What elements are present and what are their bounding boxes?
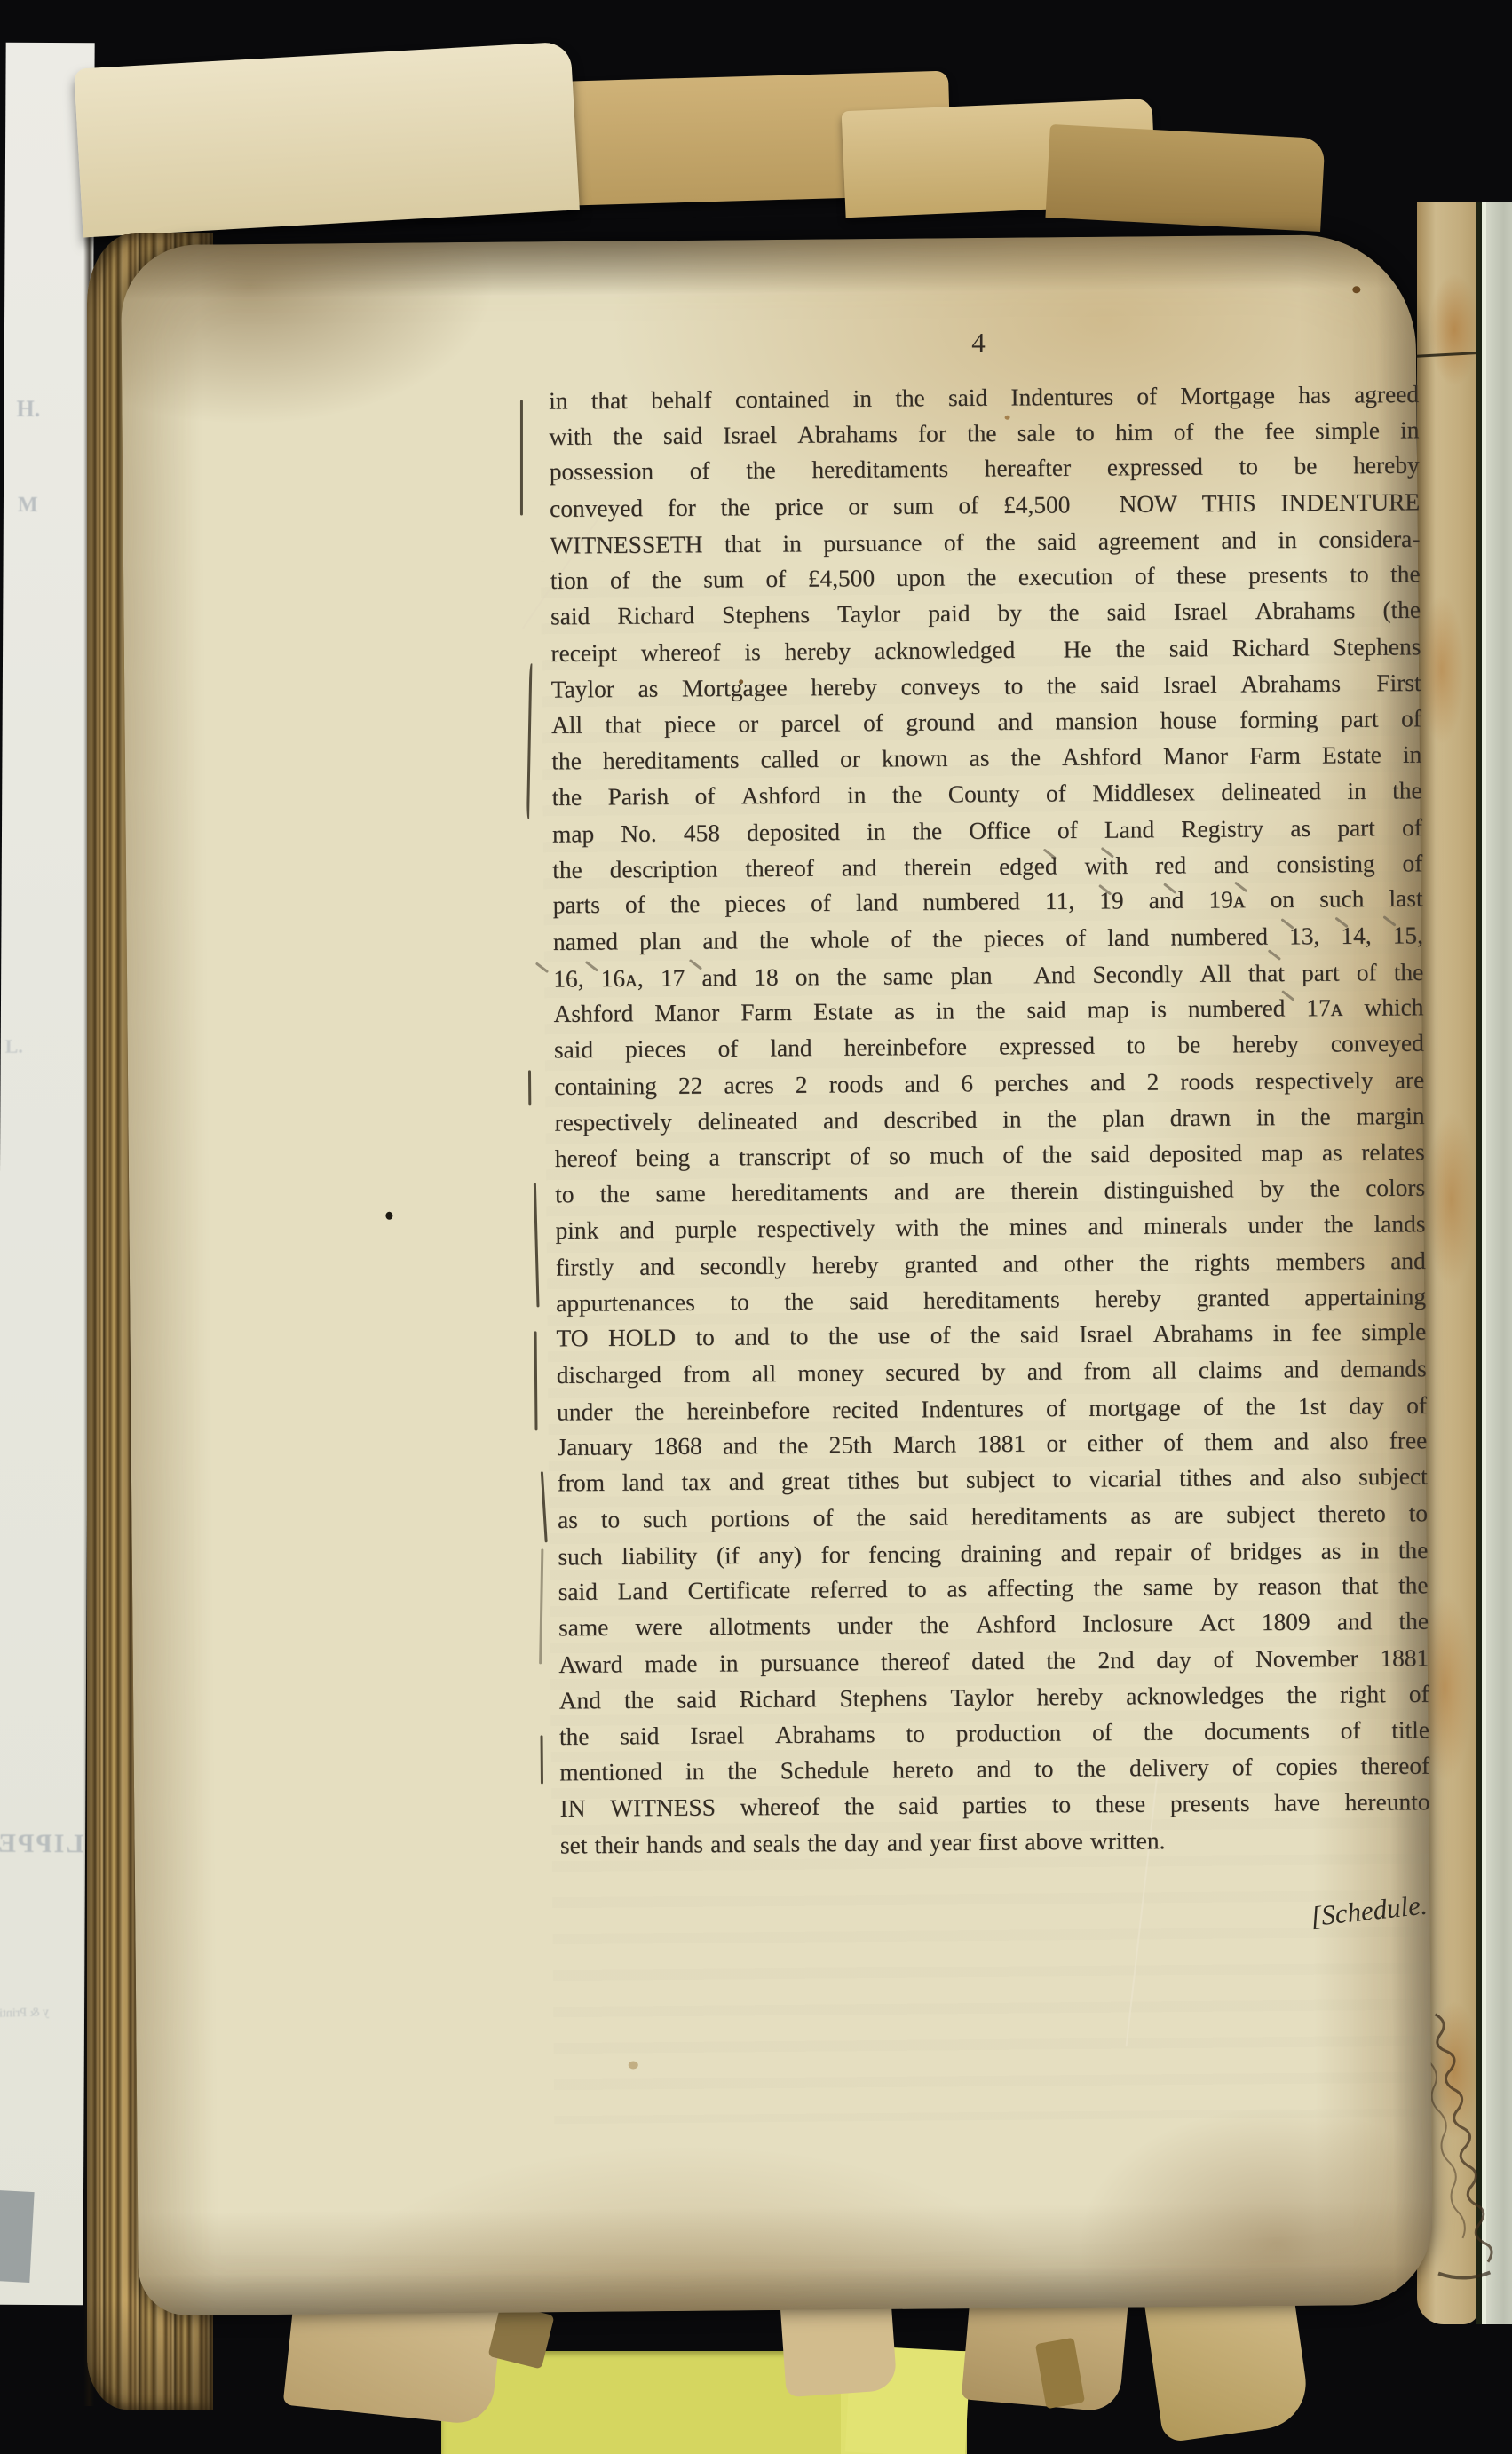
word: referred <box>811 1571 888 1608</box>
word: the <box>1398 1603 1429 1640</box>
word: said <box>849 1283 888 1319</box>
word: their <box>594 1827 639 1864</box>
word: Inclosure <box>1082 1605 1173 1642</box>
word: Richard <box>1232 629 1310 666</box>
word: tax <box>681 1464 711 1500</box>
word: January <box>557 1429 633 1466</box>
word: in <box>1272 1315 1292 1351</box>
word: edged <box>999 848 1057 884</box>
word: the <box>1093 1570 1123 1606</box>
word: execution <box>1018 558 1113 596</box>
word: or <box>1046 1426 1066 1462</box>
word: or <box>840 740 860 777</box>
word: thereto <box>1318 1495 1386 1532</box>
word: the <box>1047 1101 1077 1137</box>
word: known <box>882 740 948 777</box>
word: reason <box>1258 1568 1322 1604</box>
word: mentioned <box>559 1753 662 1791</box>
margin-ink-stroke <box>526 663 532 819</box>
word: the <box>1246 1389 1276 1425</box>
word: upon <box>896 560 945 597</box>
word: on <box>1271 882 1295 918</box>
text-line: tothesamehereditamentsandarethereindisti… <box>555 1169 1425 1212</box>
word: of <box>1092 1714 1112 1751</box>
word: 19 <box>1099 883 1124 920</box>
word: in <box>549 383 568 419</box>
word: is <box>1150 992 1167 1028</box>
word: day <box>1349 1388 1384 1424</box>
word: mortgage <box>1088 1389 1181 1426</box>
word: and <box>1390 1243 1426 1279</box>
word: Farm <box>740 994 792 1031</box>
word: pursuance <box>760 1644 859 1682</box>
text-line: settheirhandsandsealsthedayandyearfirsta… <box>560 1821 1430 1864</box>
word: of <box>1402 810 1422 846</box>
word: of <box>1203 1389 1223 1425</box>
word: called <box>760 741 819 778</box>
word: conveys <box>900 669 980 705</box>
word: hereditaments <box>732 1174 868 1211</box>
word: Award <box>558 1646 622 1682</box>
word: affecting <box>987 1571 1073 1607</box>
word: of <box>1135 558 1155 595</box>
word: secured <box>885 1355 960 1391</box>
word: the <box>959 1210 989 1247</box>
word: conveyed <box>1331 1025 1424 1063</box>
word: relates <box>1361 1134 1425 1170</box>
word: delivery <box>1129 1749 1209 1785</box>
word: Richard <box>617 598 694 634</box>
word: (the <box>1382 592 1421 629</box>
text-line: 16,16ᴀ,17and18onthesameplan AndSecondlyA… <box>553 954 1423 997</box>
word: delineated <box>698 1104 798 1141</box>
word: roods <box>828 1066 883 1103</box>
word: have <box>1274 1785 1320 1821</box>
word: agreed <box>1354 376 1419 413</box>
word: Ashford <box>741 778 821 814</box>
word: and <box>997 704 1033 740</box>
ghost-text: M <box>18 494 38 518</box>
word: of <box>1357 954 1377 991</box>
word: these <box>1096 1786 1146 1823</box>
word: dated <box>971 1643 1025 1679</box>
word: agreement <box>1098 523 1199 560</box>
text-line: Awardmadeinpursuancethereofdatedthe2ndda… <box>558 1640 1429 1682</box>
word: money <box>797 1355 864 1391</box>
word: land <box>856 885 898 922</box>
word: that <box>1248 955 1285 992</box>
word: such <box>558 1539 603 1575</box>
word: conveyed <box>550 490 643 527</box>
word: to <box>1075 415 1095 451</box>
word: 13, <box>1289 918 1320 954</box>
word: or <box>738 706 758 742</box>
text-line: dischargedfromallmoneysecuredbyandfromal… <box>557 1350 1427 1393</box>
word: whereof <box>740 1789 819 1825</box>
word: said <box>909 1499 948 1535</box>
word: the <box>652 562 682 598</box>
word: a <box>709 1140 719 1176</box>
word: HOLD <box>608 1320 676 1357</box>
word: thereof <box>1360 1747 1429 1784</box>
word: as <box>946 1571 967 1608</box>
word: Abrahams <box>1240 666 1353 703</box>
word: 18 <box>754 959 779 995</box>
word: to <box>1034 1751 1054 1787</box>
word: that <box>724 526 761 562</box>
word: other <box>1064 1246 1114 1282</box>
word: 2 <box>1146 1064 1159 1100</box>
word: either <box>1087 1425 1143 1461</box>
word: the <box>1076 1750 1106 1786</box>
word: repair <box>1114 1534 1171 1571</box>
word: is <box>744 634 761 670</box>
word: said <box>1106 594 1145 630</box>
word: INDENTURE <box>1280 484 1420 521</box>
word: Schedule <box>780 1752 870 1788</box>
word: THIS <box>1202 486 1256 522</box>
word: or <box>848 488 868 525</box>
word: of <box>1409 1676 1429 1713</box>
text-line: WITNESSETHthatinpursuanceofthesaidagreem… <box>550 521 1420 564</box>
text-line: mentionedintheScheduleheretoandtothedeli… <box>559 1747 1429 1790</box>
word: Middlesex <box>1092 775 1195 812</box>
word: by <box>1260 1171 1285 1207</box>
word: all <box>1152 1353 1177 1389</box>
word: 1st <box>1298 1389 1326 1425</box>
word: Abrahams <box>1152 1316 1253 1353</box>
word: Office <box>969 812 1031 849</box>
word: Stephens <box>722 597 810 633</box>
word: discharged <box>557 1357 661 1394</box>
word: as <box>1290 811 1310 847</box>
word: the <box>1324 1207 1354 1243</box>
word: to <box>1052 1787 1072 1824</box>
word: be <box>1177 1027 1200 1064</box>
word: pieces <box>984 921 1045 957</box>
word: as <box>969 740 989 776</box>
word: subject <box>966 1461 1035 1498</box>
word: behalf <box>651 382 712 418</box>
word: and <box>702 922 738 959</box>
word: WITNESS <box>610 1790 716 1827</box>
word: sale <box>1017 415 1056 451</box>
word: Ashford <box>1062 739 1142 775</box>
word: the <box>1046 1643 1076 1679</box>
word: set <box>560 1827 588 1864</box>
word: documents <box>1204 1713 1310 1750</box>
word: First <box>1376 665 1421 701</box>
word: same <box>1144 1570 1194 1606</box>
text-line: conveyedforthepriceorsumof£4,500 NOWTHIS… <box>550 484 1420 526</box>
word: of <box>1401 701 1421 737</box>
word: to <box>907 1571 927 1608</box>
word: respectively <box>1255 1062 1373 1099</box>
word: presents <box>1248 557 1328 593</box>
text-line: pinkandpurplerespectivelywiththeminesand… <box>555 1207 1425 1249</box>
word: of <box>1046 1390 1066 1427</box>
word: the <box>635 1393 665 1429</box>
word: the <box>1139 1245 1169 1281</box>
word: the <box>919 1607 949 1643</box>
word: And <box>1033 957 1075 993</box>
word: of <box>1232 1749 1253 1785</box>
word: TO <box>556 1321 588 1358</box>
word: as <box>1322 1135 1342 1171</box>
word: expressed <box>1107 449 1203 487</box>
word: therein <box>1010 1173 1078 1209</box>
word: by <box>981 1354 1006 1390</box>
word: said <box>1037 524 1076 560</box>
word: Parish <box>607 779 669 815</box>
word: the <box>551 743 582 780</box>
word: said <box>620 1718 659 1754</box>
word: Land <box>1104 811 1155 848</box>
word: 458 <box>684 815 720 851</box>
word: of <box>1213 1642 1233 1678</box>
word: to <box>1239 448 1258 485</box>
word: them <box>1204 1424 1253 1461</box>
word: to <box>1127 1027 1146 1064</box>
word: under <box>837 1607 893 1643</box>
word: as <box>558 1502 578 1539</box>
word: in <box>782 526 802 562</box>
word: mansion <box>1055 703 1137 740</box>
text-line: namedplanandthewholeofthepiecesoflandnum… <box>553 917 1423 960</box>
word: are <box>954 1173 985 1209</box>
word: of <box>1406 1388 1427 1424</box>
word: containing <box>554 1068 657 1105</box>
word: whereof <box>641 634 721 670</box>
word: numbered <box>1170 919 1268 956</box>
word: all <box>752 1356 777 1392</box>
word: mines <box>1009 1209 1068 1246</box>
word: pursuance <box>823 525 922 562</box>
word: subject <box>1226 1496 1295 1532</box>
word: in <box>1360 1532 1380 1569</box>
word: to <box>789 1319 809 1356</box>
ghost-text: y & Printi <box>0 2006 49 2022</box>
word: simple <box>1315 412 1380 448</box>
word: receipt <box>550 635 617 671</box>
word: and <box>1088 1208 1123 1245</box>
word: said <box>1026 993 1065 1029</box>
ghost-text: LIPPE <box>0 1829 83 1860</box>
word: of <box>717 1031 738 1067</box>
word: of <box>694 779 715 815</box>
word: of <box>765 561 786 598</box>
word: and <box>723 1429 758 1465</box>
word: the <box>807 1825 837 1862</box>
word: and <box>1060 1534 1096 1571</box>
word: of <box>850 1138 870 1175</box>
text-line: inthatbehalfcontainedinthesaidIndentures… <box>549 376 1419 419</box>
word: said <box>550 598 590 635</box>
word: him <box>1115 414 1153 450</box>
word: expressed <box>999 1028 1095 1065</box>
word: the <box>828 1318 859 1355</box>
margin-ink-stroke <box>541 1735 543 1784</box>
word: said <box>1100 668 1139 704</box>
word: 14, <box>1341 918 1372 954</box>
word: therein <box>904 849 971 885</box>
word: description <box>610 851 718 888</box>
margin-ink-stroke <box>541 1471 548 1542</box>
word: Indentures <box>921 1390 1024 1428</box>
word: Taylor <box>837 596 900 632</box>
word: of <box>1402 845 1422 882</box>
word: to <box>601 1501 621 1538</box>
word: that <box>1342 1568 1378 1604</box>
word: said <box>1169 630 1208 667</box>
word: All <box>551 708 582 744</box>
word: Ashford <box>976 1606 1056 1643</box>
word: ground <box>906 704 975 740</box>
word: the <box>856 1500 886 1536</box>
word: the <box>779 1428 809 1464</box>
word: the <box>624 1682 654 1719</box>
word: numbered <box>1188 991 1286 1028</box>
word: Farm <box>1249 737 1301 773</box>
word: in <box>719 1645 739 1682</box>
text-line: underthehereinbeforerecitedIndenturesofm… <box>557 1388 1427 1430</box>
paper-scrap <box>0 2190 35 2283</box>
word: paid <box>928 596 970 632</box>
word: the <box>1310 1170 1340 1207</box>
word: as <box>894 993 914 1030</box>
word: in <box>1256 1100 1276 1136</box>
word: March <box>892 1427 956 1463</box>
word: numbered <box>922 884 1020 922</box>
word: as <box>1320 1532 1341 1569</box>
word: hereditaments <box>603 741 740 779</box>
word: 16ᴀ, <box>601 961 644 997</box>
word: for <box>820 1536 849 1572</box>
word: with <box>895 1210 938 1247</box>
word: liability <box>621 1538 698 1574</box>
word: and <box>976 1751 1011 1787</box>
word: and <box>887 1825 922 1861</box>
word: and <box>619 1213 654 1249</box>
text-line: saidRichardStephensTaylorpaidbythesaidIs… <box>550 592 1421 635</box>
word: rights <box>1194 1245 1250 1281</box>
word: of <box>690 453 710 489</box>
word: thereof <box>745 850 814 886</box>
word: of <box>944 525 964 561</box>
word: Israel <box>1079 1317 1133 1353</box>
word: the <box>1049 595 1080 631</box>
text-line: containing22acres2roodsand6perchesand2ro… <box>554 1062 1424 1104</box>
word: from <box>683 1357 731 1393</box>
word: deposited <box>1149 1136 1242 1173</box>
word: allotments <box>709 1608 811 1645</box>
word: Act <box>1199 1604 1235 1641</box>
text-line: TOHOLDtoandtotheuseofthesaidIsraelAbraha… <box>556 1314 1426 1357</box>
word: red <box>1155 847 1186 883</box>
word: Estate <box>1322 737 1381 773</box>
word: of <box>1163 1425 1183 1461</box>
word: the <box>970 1318 1001 1354</box>
word: part <box>1302 954 1340 991</box>
word: has <box>1298 377 1331 414</box>
word: map <box>1261 1135 1302 1171</box>
word: He <box>1063 631 1091 668</box>
word: named <box>553 923 618 960</box>
word: such <box>643 1501 688 1538</box>
word: on <box>796 959 820 995</box>
word: written. <box>1090 1823 1166 1859</box>
word: drawn <box>1170 1100 1231 1136</box>
word: and <box>710 1826 746 1863</box>
word: £4,500 <box>1003 487 1095 523</box>
word: but <box>917 1462 948 1499</box>
gutter-dark-line <box>1476 202 1482 2324</box>
word: and <box>734 1319 770 1356</box>
text-line: thehereditamentscalledorknownastheAshfor… <box>551 736 1421 779</box>
word: for <box>668 490 696 526</box>
word: the <box>986 524 1016 560</box>
word: 1868 <box>653 1429 702 1465</box>
word: All <box>1199 955 1231 992</box>
word: the <box>559 1719 590 1755</box>
word: margin <box>1356 1098 1424 1135</box>
word: to <box>730 1284 749 1320</box>
word: minerals <box>1144 1207 1228 1244</box>
word: fencing <box>868 1536 941 1572</box>
text-line: possessionofthehereditamentshereafterexp… <box>550 447 1420 490</box>
word: Certificate <box>687 1572 790 1610</box>
word: and <box>1002 1246 1038 1282</box>
margin-ink-stroke <box>539 1548 543 1664</box>
word: the <box>967 416 997 452</box>
word: under <box>557 1394 613 1430</box>
word: are <box>1395 1062 1425 1098</box>
word: of <box>863 705 883 741</box>
word: and <box>1149 883 1184 919</box>
word: map <box>552 816 594 852</box>
word: by <box>1214 1569 1239 1605</box>
word: Registry <box>1181 811 1263 847</box>
word: Indentures <box>1010 379 1113 416</box>
word: made <box>645 1645 698 1682</box>
word: the <box>1392 773 1422 810</box>
word: Abrahams <box>797 416 898 454</box>
word: the <box>727 1753 757 1789</box>
word: subject <box>1358 1459 1428 1495</box>
word: the <box>1286 1677 1317 1714</box>
word: the <box>1041 1137 1072 1174</box>
word: Taylor <box>551 671 614 708</box>
word: claims <box>1199 1352 1263 1389</box>
word: hereby <box>812 1247 879 1284</box>
word: and <box>701 960 737 996</box>
word: in <box>867 814 886 851</box>
word: demands <box>1340 1350 1427 1387</box>
word: 17 <box>661 960 685 996</box>
word: Estate <box>813 994 873 1031</box>
word: acknowledged <box>875 631 1040 669</box>
word: presents <box>1170 1785 1250 1822</box>
word: great <box>781 1463 830 1500</box>
word: to <box>1004 669 1024 705</box>
word: hereditaments <box>923 1281 1060 1318</box>
word: described <box>883 1102 977 1139</box>
word: also <box>1329 1423 1368 1460</box>
word: and <box>639 1249 675 1286</box>
word: and <box>1249 1460 1285 1496</box>
word: the <box>1144 1714 1174 1750</box>
word: appertaining <box>1304 1278 1426 1316</box>
